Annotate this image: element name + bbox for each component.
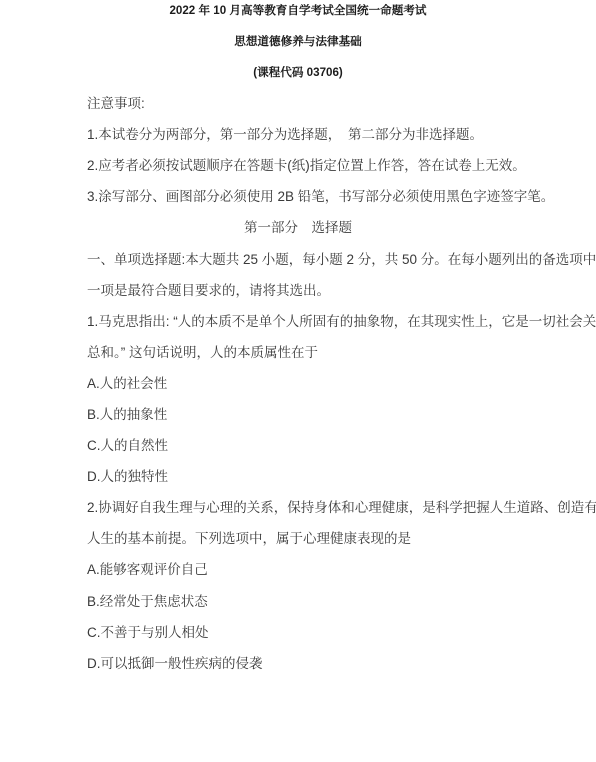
course-title: 思想道德修养与法律基础 — [0, 26, 596, 57]
exam-title: 2022 年 10 月高等教育自学考试全国统一命题考试 — [0, 0, 596, 26]
question-1-line-1: 1.马克思指出: “人的本质不是单个人所固有的抽象物，在其现实性上，它是一切社会… — [0, 306, 596, 337]
question-1-option-a: A.人的社会性 — [0, 368, 596, 399]
question-2-option-a: A.能够客观评价自己 — [0, 555, 596, 586]
notice-item-3: 3.涂写部分、画图部分必须使用 2B 铅笔，书写部分必须使用黑色字迹签字笔。 — [0, 182, 596, 213]
question-2-option-c: C.不善于与别人相处 — [0, 617, 596, 648]
question-1-line-2: 总和。” 这句话说明，人的本质属性在于 — [0, 337, 596, 368]
document: 2022 年 10 月高等教育自学考试全国统一命题考试思想道德修养与法律基础(课… — [0, 0, 596, 679]
section-heading: 第一部分 选择题 — [0, 213, 596, 244]
question-1-option-c: C.人的自然性 — [0, 430, 596, 461]
question-2-line-2: 人生的基本前提。下列选项中，属于心理健康表现的是 — [0, 524, 596, 555]
question-2-option-d: D.可以抵御一般性疾病的侵袭 — [0, 648, 596, 679]
course-code: (课程代码 03706) — [0, 57, 596, 88]
exam-paper-page: 2022 年 10 月高等教育自学考试全国统一命题考试思想道德修养与法律基础(课… — [0, 0, 596, 762]
section-instructions-line-2: 一项是最符合题目要求的，请将其选出。 — [0, 275, 596, 306]
question-2-line-1: 2.协调好自我生理与心理的关系，保持身体和心理健康，是科学把握人生道路、创造有价… — [0, 493, 596, 524]
notice-item-2: 2.应考者必须按试题顺序在答题卡(纸)指定位置上作答，答在试卷上无效。 — [0, 150, 596, 181]
notice-item-1: 1.本试卷分为两部分，第一部分为选择题， 第二部分为非选择题。 — [0, 119, 596, 150]
question-1-option-d: D.人的独特性 — [0, 461, 596, 492]
question-1-option-b: B.人的抽象性 — [0, 399, 596, 430]
notice-heading: 注意事项: — [0, 88, 596, 119]
question-2-option-b: B.经常处于焦虑状态 — [0, 586, 596, 617]
section-instructions-line-1: 一、单项选择题:本大题共 25 小题，每小题 2 分，共 50 分。在每小题列出… — [0, 244, 596, 275]
